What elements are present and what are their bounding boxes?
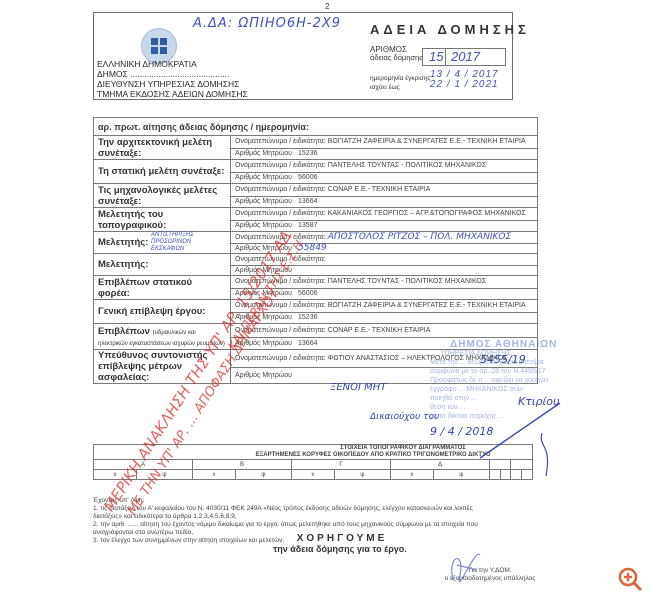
registry-prefix: Αριθμός Μητρώου [235, 290, 292, 297]
topo-coord-cell: ψ [136, 470, 192, 480]
engineer-name: CONAP Ε.Ε.- ΤΕΧΝΙΚΗ ΕΤΑΙΡΙΑ [328, 327, 431, 334]
row-label-text: Επιβλέπων στατικού φορέα: [98, 277, 192, 299]
registry-number: 56006 [298, 290, 317, 297]
row-label: Μελετητής του τοπογραφικού: [94, 208, 231, 232]
row-label-text: Γενική επίβλεψη έργου: [98, 306, 205, 317]
table-row: Μελετητής:Ονοματεπώνυμο / ειδικότητα: [94, 254, 538, 266]
engineer-name-cell: Ονοματεπώνυμο / ειδικότητα: ΚΑΚΑΝΙΑΚΟΣ Γ… [231, 208, 538, 221]
name-prefix: Ονοματεπώνυμο / ειδικότητα: [235, 256, 326, 263]
row-label: Υπεύθυνος συντονιστής επίβλεψης μέτρων α… [94, 350, 231, 384]
name-prefix: Ονοματεπώνυμο / ειδικότητα: [235, 186, 326, 193]
row-label-text: Τις μηχανολογικές μελέτες συνέταξε: [98, 185, 217, 207]
permit-document-page: 2 Α.ΔΑ: ΩΠΙΗΟ6Η-2Χ9 ΕΛΛΗΝΙΚΗ ΔΗΜΟΚΡΑΤΙΑ … [0, 0, 650, 597]
valid-until-value: 22 / 1 / 2021 [430, 80, 499, 90]
name-prefix: Ονοματεπώνυμο / ειδικότητα: [235, 162, 326, 169]
row-label-handwritten-note: ΑΝΤΙΣΤΗΡΙΞΗΣ ΠΡΟΣΩΡΙΝΩΝ ΕΚΣΚΑΦΩΝ [151, 232, 211, 253]
row-label: Τη στατική μελέτη συνέταξε: [94, 160, 231, 184]
official-line-1: Για την Υ.ΔΟΜ. [420, 567, 560, 575]
authority-line: ΤΜΗΜΑ ΕΚΔΟΣΗΣ ΑΔΕΙΩΝ ΔΟΜΗΣΗΣ [97, 89, 248, 99]
name-prefix: Ονοματεπώνυμο / ειδικότητα: [235, 234, 326, 241]
registry-number: 15236 [298, 150, 317, 157]
engineer-name-cell: Ονοματεπώνυμο / ειδικότητα: ΠΑΝΤΕΛΗΣ ΤΟΥ… [231, 276, 538, 289]
permit-year-value: 2017 [451, 49, 480, 64]
registry-number-cell: Αριθμός Μητρώου15236 [231, 313, 538, 324]
row-label: Μελετητής: [94, 254, 231, 276]
zoom-in-button[interactable] [617, 566, 643, 592]
official-line-2: ο εξουσιοδοτημένος υπάλληλος [420, 575, 560, 583]
table-header-row: αρ. πρωτ. αίτησης άδειας δόμησης / ημερο… [94, 118, 538, 136]
name-prefix: Ονοματεπώνυμο / ειδικότητα: [235, 355, 326, 362]
ada-handwritten-code: Α.ΔΑ: ΩΠΙΗΟ6Η-2Χ9 [193, 16, 341, 31]
registry-number-cell: Αριθμός Μητρώου55849 [231, 244, 538, 254]
table-row: Την αρχιτεκτονική μελέτη συνέταξε:Ονοματ… [94, 136, 538, 149]
note-line: 2. την αριθ. ...... αίτηση του έχοντος ν… [93, 521, 553, 529]
registry-prefix: Αριθμός Μητρώου [235, 198, 292, 205]
zoom-in-icon [617, 566, 643, 592]
registry-number-cell: Αριθμός Μητρώου56006 [231, 289, 538, 300]
engineer-name-cell: Ονοματεπώνυμο / ειδικότητα: ΒΟΓΙΑΤΖΗ ΖΑΦ… [231, 300, 538, 313]
registry-number: 13664 [298, 198, 317, 205]
official-signature-block: Για την Υ.ΔΟΜ. ο εξουσιοδοτημένος υπάλλη… [420, 567, 560, 583]
registry-prefix: Αριθμός Μητρώου [235, 372, 292, 379]
topo-coord-cell: x [94, 470, 137, 480]
issuing-authority: ΕΛΛΗΝΙΚΗ ΔΗΜΟΚΡΑΤΙΑ ΔΗΜΟΣ ..............… [97, 59, 248, 99]
authority-line: ΕΛΛΗΝΙΚΗ ΔΗΜΟΚΡΑΤΙΑ [97, 59, 248, 69]
application-protocol-header: αρ. πρωτ. αίτησης άδειας δόμησης / ημερο… [94, 118, 538, 136]
row-label-text: Τη στατική μελέτη συνέταξε: [98, 166, 224, 177]
topo-title: ΣΤΟΙΧΕΙΑ ΤΟΠΟΓΡΑΦΙΚΟΥ ΔΙΑΓΡΑΜΜΑΤΟΣ ΕΞΑΡΤ… [94, 445, 533, 460]
engineer-name-cell: Ονοματεπώνυμο / ειδικότητα: ΑΠΟΣΤΟΛΟΣ ΡΙ… [231, 232, 538, 244]
approval-date-label: ημερομηνία έγκρισης [370, 74, 431, 83]
engineer-name: ΠΑΝΤΕΛΗΣ ΤΟΥΝΤΑΣ - ΠΟΛΙΤΙΚΟΣ ΜΗΧΑΝΙΚΟΣ [328, 278, 487, 285]
row-label: Μελετητής: ΑΝΤΙΣΤΗΡΙΞΗΣ ΠΡΟΣΩΡΙΝΩΝ ΕΚΣΚΑ… [94, 232, 231, 254]
engineer-name: ΒΟΓΙΑΤΖΗ ΖΑΦΕΙΡΙΑ & ΣΥΝΕΡΓΑΤΕΣ Ε.Ε.- ΤΕΧ… [328, 138, 526, 145]
name-prefix: Ονοματεπώνυμο / ειδικότητα: [235, 302, 326, 309]
registry-prefix: Αριθμός Μητρώου [235, 222, 292, 229]
registry-prefix: Αριθμός Μητρώου [235, 174, 292, 181]
dates-labels: ημερομηνία έγκρισης ισχύει έως [370, 74, 431, 92]
table-row: Γενική επίβλεψη έργου:Ονοματεπώνυμο / ει… [94, 300, 538, 313]
topo-coord-cell: x [193, 470, 236, 480]
engineer-name-cell: Ονοματεπώνυμο / ειδικότητα: ΦΩΤΙΟΥ ΑΝΑΣΤ… [231, 350, 538, 368]
topo-vertex-cell: Α [94, 460, 193, 470]
table-row: Υπεύθυνος συντονιστής επίβλεψης μέτρων α… [94, 350, 538, 368]
permit-number-label-line: άδειας δόμησης [370, 54, 423, 62]
registry-number: 13587 [298, 222, 317, 229]
registry-number-cell: Αριθμός Μητρώου56006 [231, 173, 538, 184]
authority-line: ΔΙΕΥΘΥΝΣΗ ΥΠΗΡΕΣΙΑΣ ΔΟΜΗΣΗΣ [97, 79, 248, 89]
signature-scribble-icon [445, 545, 485, 585]
registry-prefix: Αριθμός Μητρώου [235, 245, 292, 252]
topographic-table: ΣΤΟΙΧΕΙΑ ΤΟΠΟΓΡΑΦΙΚΟΥ ΔΙΑΓΡΑΜΜΑΤΟΣ ΕΞΑΡΤ… [93, 444, 533, 480]
permit-number-label: ΑΡΙΘΜΟΣ άδειας δόμησης [370, 46, 423, 62]
name-prefix: Ονοματεπώνυμο / ειδικότητα: [235, 210, 326, 217]
engineer-name: ΑΠΟΣΤΟΛΟΣ ΡΙΤΖΟΣ – ΠΟΛ. ΜΗΧΑΝΙΚΟΣ [328, 232, 511, 242]
registry-prefix: Αριθμός Μητρώου [235, 314, 292, 321]
topo-coord-row: xψxψxψxψ [94, 470, 533, 480]
topo-coord-cell: ψ [334, 470, 390, 480]
engineers-table: αρ. πρωτ. αίτησης άδειας δόμησης / ημερο… [93, 117, 538, 384]
registry-number: 56006 [298, 174, 317, 181]
engineer-name: ΒΟΓΙΑΤΖΗ ΖΑΦΕΙΡΙΑ & ΣΥΝΕΡΓΑΤΕΣ Ε.Ε.- ΤΕΧ… [328, 302, 526, 309]
table-row: Τη στατική μελέτη συνέταξε:Ονοματεπώνυμο… [94, 160, 538, 173]
signature-stroke-icon [470, 388, 570, 478]
topo-title-line-2: ΕΞΑΡΤΗΜΕΝΕΣ ΚΟΡΥΦΕΣ ΟΙΚΟΠΕΔΟΥ ΑΠΟ ΚΡΑΤΙΚ… [94, 452, 532, 459]
row-label-text: Μελετητής του τοπογραφικού: [98, 209, 166, 231]
registry-number-cell: Αριθμός Μητρώου13664 [231, 197, 538, 208]
topo-vertex-row: ΑΒΓΔ [94, 460, 533, 470]
engineer-name-cell: Ονοματεπώνυμο / ειδικότητα: [231, 254, 538, 266]
topo-coord-cell: x [292, 470, 335, 480]
topo-vertex-cell: Γ [292, 460, 391, 470]
permit-number-box: 15 2017 [422, 48, 506, 66]
row-label-text: Επιβλέπων [98, 326, 150, 337]
registry-number-cell: Αριθμός Μητρώου [231, 266, 538, 276]
topo-vertex-cell: Β [193, 460, 292, 470]
table-row: Τις μηχανολογικές μελέτες συνέταξε:Ονομα… [94, 184, 538, 197]
grant-title: ΧΟΡΗΓΟΥΜΕ [272, 533, 412, 544]
row-label-text: Μελετητής: [98, 237, 148, 248]
table-row: Μελετητής του τοπογραφικού:Ονοματεπώνυμο… [94, 208, 538, 221]
engineer-name: CONAP Ε.Ε.- ΤΕΧΝΙΚΗ ΕΤΑΙΡΙΑ [328, 186, 431, 193]
name-prefix: Ονοματεπώνυμο / ειδικότητα: [235, 278, 326, 285]
registry-prefix: Αριθμός Μητρώου [235, 340, 292, 347]
registry-number-cell: Αριθμός Μητρώου15236 [231, 149, 538, 160]
topo-coord-cell: ψ [235, 470, 291, 480]
engineer-name-cell: Ονοματεπώνυμο / ειδικότητα: ΒΟΓΙΑΤΖΗ ΖΑΦ… [231, 136, 538, 149]
row-label: Γενική επίβλεψη έργου: [94, 300, 231, 324]
engineer-name: ΦΩΤΙΟΥ ΑΝΑΣΤΑΣΙΟΣ – ΗΛΕΚΤΡΟΛΟΓΟΣ ΜΗΧΑΝΙΚ… [328, 355, 508, 362]
engineer-name: ΚΑΚΑΝΙΑΚΟΣ ΓΕΩΡΓΙΟΣ – ΑΓΡ.&ΤΟΠΟΓΡΑΦΟΣ ΜΗ… [328, 210, 526, 217]
registry-prefix: Αριθμός Μητρώου [235, 267, 292, 274]
engineer-name-cell: Ονοματεπώνυμο / ειδικότητα: CONAP Ε.Ε.- … [231, 324, 538, 338]
row-label: Επιβλέπων (υδραυλικών και ηλεκτρικών εγκ… [94, 324, 231, 350]
registry-number-cell: Αριθμός Μητρώου13587 [231, 221, 538, 232]
registry-number-cell: Αριθμός Μητρώου [231, 368, 538, 384]
row-label: Τις μηχανολογικές μελέτες συνέταξε: [94, 184, 231, 208]
registry-prefix: Αριθμός Μητρώου [235, 150, 292, 157]
notes-intro: Έχοντας υπ' όψη: [93, 497, 553, 505]
row-label: Την αρχιτεκτονική μελέτη συνέταξε: [94, 136, 231, 160]
authority-line: ΔΗΜΟΣ ..................................… [97, 69, 248, 79]
registry-number-cell: Αριθμός Μητρώου13664 [231, 338, 538, 350]
registry-number: 13664 [298, 340, 317, 347]
row-label-text: Μελετητής: [98, 259, 148, 270]
page-number: 2 [325, 2, 329, 11]
table-row: Μελετητής: ΑΝΤΙΣΤΗΡΙΞΗΣ ΠΡΟΣΩΡΙΝΩΝ ΕΚΣΚΑ… [94, 232, 538, 244]
table-row: Επιβλέπων (υδραυλικών και ηλεκτρικών εγκ… [94, 324, 538, 338]
handwritten-word-2: Δικαιούχου του [370, 412, 439, 422]
note-line: διατάξεις» και ειδικότερα τα άρθρα 1,2,3… [93, 513, 553, 521]
topo-title-line-1: ΣΤΟΙΧΕΙΑ ΤΟΠΟΓΡΑΦΙΚΟΥ ΔΙΑΓΡΑΜΜΑΤΟΣ [94, 445, 532, 452]
engineer-name-cell: Ονοματεπώνυμο / ειδικότητα: ΠΑΝΤΕΛΗΣ ΤΟΥ… [231, 160, 538, 173]
name-prefix: Ονοματεπώνυμο / ειδικότητα: [235, 327, 326, 334]
registry-number: 15236 [298, 314, 317, 321]
document-title: ΑΔΕΙΑ ΔΟΜΗΣΗΣ [370, 22, 530, 37]
engineer-name-cell: Ονοματεπώνυμο / ειδικότητα: CONAP Ε.Ε.- … [231, 184, 538, 197]
row-label: Επιβλέπων στατικού φορέα: [94, 276, 231, 300]
registry-number: 55849 [298, 243, 327, 253]
row-label-text: Υπεύθυνος συντονιστής επίβλεψης μέτρων α… [98, 350, 207, 383]
engineer-name: ΠΑΝΤΕΛΗΣ ΤΟΥΝΤΑΣ - ΠΟΛΙΤΙΚΟΣ ΜΗΧΑΝΙΚΟΣ [328, 162, 487, 169]
note-line: 1. τις διατάξεις του Α' κεφαλαίου του Ν.… [93, 505, 553, 513]
permit-number-value: 15 [429, 49, 443, 64]
name-prefix: Ονοματεπώνυμο / ειδικότητα: [235, 138, 326, 145]
topo-coord-cell: x [391, 470, 434, 480]
grant-subtitle: την άδεια δόμησης για το έργο. [250, 544, 430, 554]
valid-until-label: ισχύει έως [370, 83, 431, 92]
table-row: Επιβλέπων στατικού φορέα:Ονοματεπώνυμο /… [94, 276, 538, 289]
dates-values: 13 / 4 / 2017 22 / 1 / 2021 [430, 70, 499, 90]
row-label-text: Την αρχιτεκτονική μελέτη συνέταξε: [98, 137, 212, 159]
